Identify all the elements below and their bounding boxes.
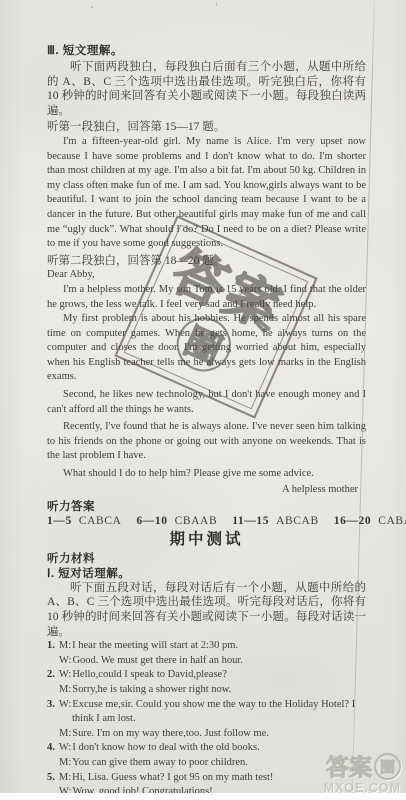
- dialogue-line: 2.W:Hello,could I speak to David,please?: [47, 668, 366, 683]
- letter-salutation: Dear Abby,: [47, 268, 366, 283]
- dialogue-line: M:Sorry,he is taking a shower right now.: [59, 683, 366, 698]
- answer-range: 16—20: [334, 515, 372, 527]
- dialogue-text: Hi, Lisa. Guess what? I got 95 on my mat…: [72, 772, 273, 783]
- section3-heading: Ⅲ. 短文理解。: [47, 44, 366, 58]
- letter-paragraph: What should I do to help him? Please giv…: [47, 467, 366, 482]
- speaker-label: W:: [59, 699, 71, 710]
- dialogue-number: 4.: [47, 742, 55, 753]
- dialogue-line: 5.M:Hi, Lisa. Guess what? I got 95 on my…: [47, 771, 366, 786]
- letter-paragraph: Recently, I've found that he is always a…: [47, 420, 366, 464]
- dialogue-number: 2.: [47, 669, 55, 680]
- answer-letters: CABAB: [378, 515, 406, 527]
- answer-key-row: 1—5CABCA6—10CBAAB11—15ABCAB16—20CABAB: [47, 514, 366, 529]
- page-content: Ⅲ. 短文理解。 听下面两段独白，每段独白后面有三个小题，从题中所给的 A、B、…: [47, 44, 366, 800]
- answer-letters: CBAAB: [175, 515, 218, 527]
- letter-paragraph: My first problem is about his hobbies. H…: [47, 312, 366, 385]
- scan-speck: [91, 6, 93, 8]
- answer-range: 6—10: [136, 515, 167, 527]
- dialogue-line: M:You can give them away to poor childre…: [59, 756, 366, 771]
- speaker-label: M:: [59, 684, 71, 695]
- speaker-label: W:: [59, 655, 71, 666]
- scan-edge-strip: [0, 793, 406, 800]
- dialogue-number: 1.: [47, 640, 55, 651]
- dialogue-line: 4.W:I don't know how to deal with the ol…: [47, 741, 366, 756]
- dialogue-line: 3.W:Excuse me,sir. Could you show me the…: [47, 698, 366, 727]
- scan-speck: [216, 3, 217, 6]
- speaker-label: M:: [59, 772, 71, 783]
- dialogue-text: Hello,could I speak to David,please?: [72, 669, 227, 680]
- speaker-label: M:: [59, 640, 71, 651]
- letter-paragraph: I'm a helpless mother. My son Tom is 15 …: [47, 283, 366, 312]
- monologue1-text: I'm a fifteen-year-old girl. My name is …: [47, 135, 366, 252]
- section1-heading: Ⅰ. 短对话理解。: [47, 567, 366, 581]
- site-logo-circle-icon: 圈: [374, 753, 401, 780]
- letter-signature: A helpless mother: [47, 483, 366, 498]
- dialogue-text: You can give them away to poor children.: [72, 757, 248, 768]
- dialogue-number: 3.: [47, 699, 55, 710]
- speaker-label: W:: [59, 669, 71, 680]
- dialogue-line: 1.M:I hear the meeting will start at 2:3…: [47, 639, 366, 654]
- dialogue-line: W:Good. We must get there in half an hou…: [59, 654, 366, 669]
- dialogue-text: Excuse me,sir. Could you show me the way…: [72, 699, 355, 725]
- dialogue-text: I don't know how to deal with the old bo…: [72, 742, 259, 753]
- site-logo-circle-character: 圈: [380, 756, 395, 777]
- answer-letters: CABCA: [79, 515, 122, 527]
- answer-letters: ABCAB: [276, 515, 319, 527]
- answer-range: 11—15: [232, 515, 269, 527]
- dialogue-text: Sorry,he is taking a shower right now.: [72, 684, 231, 695]
- answers-heading: 听力答案: [47, 500, 366, 514]
- midterm-title: 期中测试: [47, 531, 366, 549]
- monologue2-intro: 听第二段独白，回答第 18—20 题。: [47, 254, 366, 269]
- dialogue-list: 1.M:I hear the meeting will start at 2:3…: [47, 639, 366, 800]
- section1-instructions: 听下面五段对话，每段对话后有一个小题，从题中所给的 A、B、C 三个选项中选出最…: [47, 581, 366, 639]
- answer-range: 1—5: [47, 515, 72, 527]
- dialogue-text: Good. We must get there in half an hour.: [72, 655, 242, 666]
- dialogue-text: Sure. I'm on my way there,too. Just foll…: [72, 728, 269, 739]
- materials-heading: 听力材料: [47, 552, 366, 566]
- section3-instructions: 听下面两段独白，每段独白后面有三个小题，从题中所给的 A、B、C 三个选项中选出…: [47, 60, 366, 118]
- speaker-label: M:: [59, 757, 71, 768]
- monologue1-intro: 听第一段独白，回答第 15—17 题。: [47, 120, 366, 135]
- dialogue-line: M:Sure. I'm on my way there,too. Just fo…: [59, 727, 366, 742]
- speaker-label: M:: [59, 728, 71, 739]
- dialogue-number: 5.: [47, 772, 55, 783]
- dialogue-text: I hear the meeting will start at 2:30 pm…: [72, 640, 238, 651]
- speaker-label: W:: [59, 742, 71, 753]
- letter-paragraph: Second, he likes new technology, but I d…: [47, 388, 366, 417]
